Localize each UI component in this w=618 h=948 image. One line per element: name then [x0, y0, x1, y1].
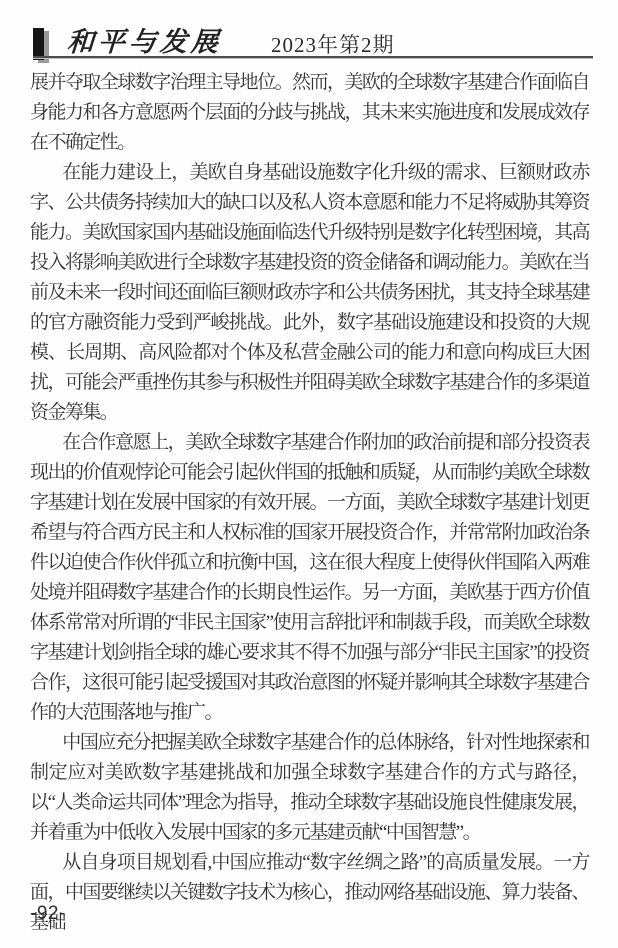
body-paragraph: 中国应充分把握美欧全球数字基建合作的总体脉络，针对性地探索和制定应对美欧数字基建…: [30, 728, 589, 848]
body-paragraph: 从自身项目规划看,中国应推动“数字丝绸之路”的高质量发展。一方面，中国要继续以关…: [30, 848, 589, 938]
page-header: 和平与发展 2023年第2期: [33, 24, 593, 60]
body-paragraph: 展并夺取全球数字治理主导地位。然而，美欧的全球数字基建合作面临自身能力和各方意愿…: [30, 68, 589, 158]
journal-page: 和平与发展 2023年第2期 展并夺取全球数字治理主导地位。然而，美欧的全球数字…: [0, 0, 618, 948]
body-paragraph: 在合作意愿上，美欧全球数字基建合作附加的政治前提和部分投资表现出的价值观悖论可能…: [30, 428, 589, 728]
body-paragraph: 在能力建设上，美欧自身基础设施数字化升级的需求、巨额财政赤字、公共债务持续加大的…: [30, 158, 589, 428]
article-body: 展并夺取全球数字治理主导地位。然而，美欧的全球数字基建合作面临自身能力和各方意愿…: [30, 68, 589, 938]
page-number: -92-: [30, 903, 66, 925]
journal-title: 和平与发展: [66, 24, 224, 60]
header-divider: [33, 56, 593, 59]
